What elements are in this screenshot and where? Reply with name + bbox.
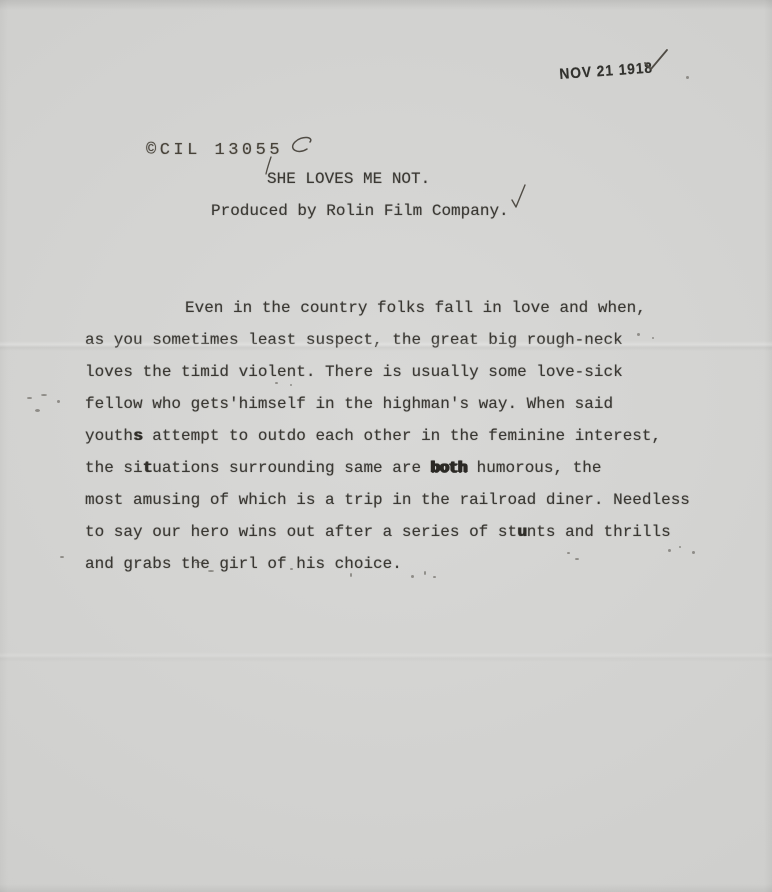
body-line: to say our hero wins out after a series … — [85, 516, 690, 548]
handwritten-flourish-icon — [286, 136, 316, 158]
date-stamp: NOV 21 1918 — [559, 60, 654, 83]
paper-speck — [41, 394, 47, 396]
paper-speck — [686, 76, 689, 79]
body-line: the situations surrounding same are both… — [85, 452, 690, 484]
paper-speck — [27, 397, 32, 399]
body-line: most amusing of which is a trip in the r… — [85, 484, 690, 516]
producer-line: Produced by Rolin Film Company. — [211, 202, 509, 220]
body-line: loves the timid violent. There is usuall… — [85, 356, 690, 388]
paper-crease — [0, 652, 772, 662]
body-line: and grabs the girl of his choice. — [85, 548, 690, 580]
paper-speck — [35, 409, 40, 412]
body-line: youths attempt to outdo each other in th… — [85, 420, 690, 452]
checkmark-icon — [511, 184, 527, 210]
body-line: fellow who gets'himself in the highman's… — [85, 388, 690, 420]
film-title: SHE LOVES ME NOT. — [267, 170, 430, 188]
document-page: NOV 21 1918 ©CIL 13055 SHE LOVES ME NOT.… — [0, 0, 772, 892]
paper-speck — [57, 400, 60, 403]
paper-speck — [60, 556, 64, 558]
checkmark-icon — [644, 48, 670, 74]
body-text: Even in the country folks fall in love a… — [85, 292, 690, 580]
body-line: Even in the country folks fall in love a… — [85, 292, 690, 324]
body-line: as you sometimes least suspect, the grea… — [85, 324, 690, 356]
paper-speck — [692, 551, 695, 554]
